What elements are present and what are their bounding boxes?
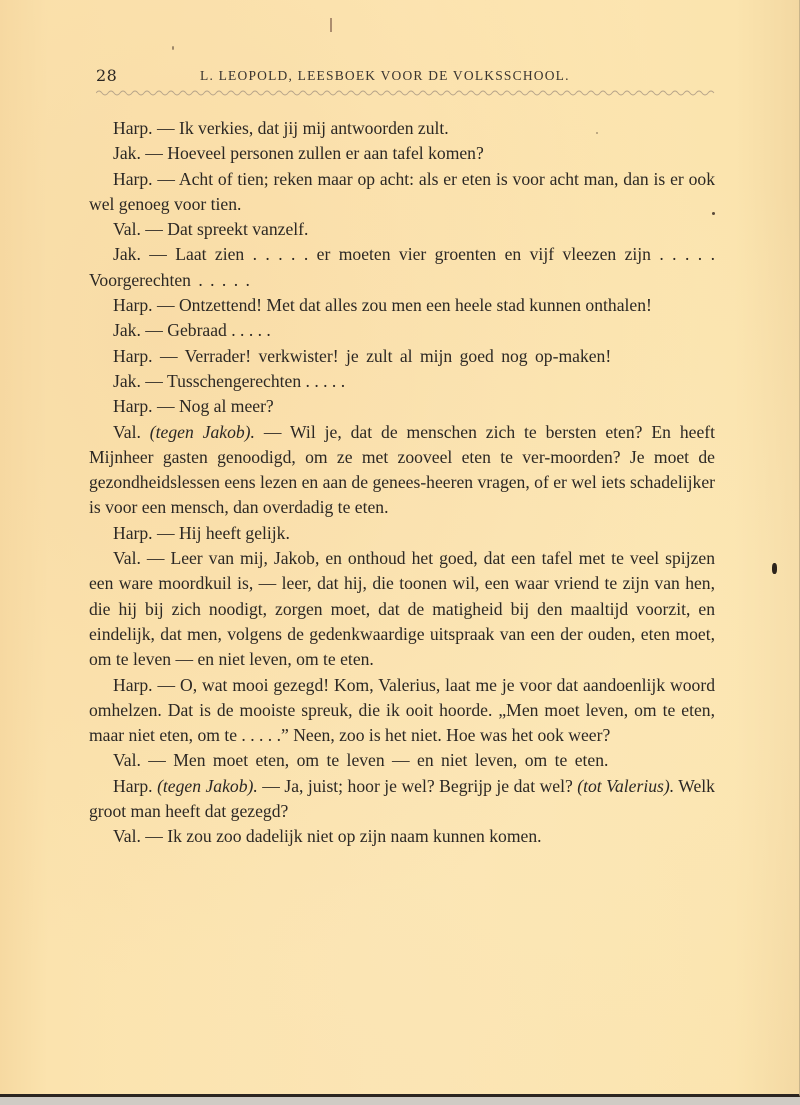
dialogue-line: Val. — Men moet eten, om te leven — en n…: [89, 748, 715, 773]
line-text: — Men moet eten, om te leven — en niet l…: [148, 750, 608, 770]
dialogue-line: Val. — Leer van mij, Jakob, en onthoud h…: [89, 546, 715, 672]
dialogue-line: Jak. — Laat zien . . . . . er moeten vie…: [89, 242, 715, 293]
dialogue-line: Harp. — O, wat mooi gezegd! Kom, Valeriu…: [89, 673, 715, 749]
line-text: — Gebraad . . . . .: [145, 320, 271, 340]
dialogue-line: Jak. — Gebraad . . . . .: [89, 318, 715, 343]
line-text: — Verrader! verkwister! je zult al mijn …: [160, 346, 611, 366]
speaker-name: Val.: [113, 422, 141, 442]
dialogue-text: Harp. — Ik verkies, dat jij mij antwoord…: [89, 116, 715, 850]
paper-speck: [712, 212, 715, 215]
speaker-name: Harp.: [113, 295, 153, 315]
dialogue-line: Val. — Ik zou zoo dadelijk niet op zijn …: [89, 824, 715, 849]
speaker-name: Val.: [113, 826, 141, 846]
speaker-name: Harp.: [113, 346, 153, 366]
dialogue-line: Val. (tegen Jakob). — Wil je, dat de men…: [89, 420, 715, 521]
line-text: — Ik zou zoo dadelijk niet op zijn naam …: [145, 826, 541, 846]
paper-blemish: [330, 18, 332, 32]
dialogue-line: Harp. — Nog al meer?: [89, 394, 715, 419]
line-text: — Hij heeft gelijk.: [157, 523, 290, 543]
speaker-name: Harp.: [113, 675, 153, 695]
stage-direction: (tot Valerius).: [577, 776, 674, 796]
line-text: — Ja, juist; hoor je wel? Begrijp je dat…: [262, 776, 573, 796]
speaker-name: Val.: [113, 750, 141, 770]
speaker-name: Val.: [113, 548, 141, 568]
speaker-name: Jak.: [113, 244, 141, 264]
dialogue-line: Harp. — Hij heeft gelijk.: [89, 521, 715, 546]
wavy-rule-divider: [96, 88, 716, 98]
speaker-name: Harp.: [113, 118, 153, 138]
stage-direction: (tegen Jakob).: [150, 422, 255, 442]
line-text: — Dat spreekt vanzelf.: [145, 219, 308, 239]
line-text: — Tusschengerechten . . . . .: [145, 371, 345, 391]
page-number: 28: [96, 66, 117, 85]
dialogue-line: Harp. — Ik verkies, dat jij mij antwoord…: [89, 116, 715, 141]
line-text: — Acht of tien; reken maar op acht: als …: [89, 169, 715, 214]
dialogue-line: Harp. — Verrader! verkwister! je zult al…: [89, 344, 715, 369]
speaker-name: Harp.: [113, 776, 153, 796]
line-text: — Ik verkies, dat jij mij antwoorden zul…: [157, 118, 449, 138]
line-text: — O, wat mooi gezegd! Kom, Valerius, laa…: [89, 675, 715, 746]
stage-direction: (tegen Jakob).: [157, 776, 258, 796]
dialogue-line: Jak. — Hoeveel personen zullen er aan ta…: [89, 141, 715, 166]
speaker-name: Harp.: [113, 169, 153, 189]
speaker-name: Jak.: [113, 143, 141, 163]
speaker-name: Val.: [113, 219, 141, 239]
line-text: — Leer van mij, Jakob, en onthoud het go…: [89, 548, 715, 669]
speaker-name: Harp.: [113, 523, 153, 543]
line-text: — Ontzettend! Met dat alles zou men een …: [157, 295, 652, 315]
dialogue-line: Jak. — Tusschengerechten . . . . .: [89, 369, 715, 394]
speaker-name: Jak.: [113, 320, 141, 340]
line-text: — Laat zien . . . . . er moeten vier gro…: [89, 244, 715, 289]
speaker-name: Jak.: [113, 371, 141, 391]
speaker-name: Harp.: [113, 396, 153, 416]
running-head: L. LEOPOLD, LEESBOEK VOOR DE VOLKSSCHOOL…: [200, 68, 570, 84]
dialogue-line: Val. — Dat spreekt vanzelf.: [89, 217, 715, 242]
line-text: — Nog al meer?: [157, 396, 274, 416]
paper-speck: [172, 46, 174, 50]
paper-speck: [596, 132, 598, 134]
scan-bottom-edge: [0, 1097, 800, 1105]
book-page: 28 L. LEOPOLD, LEESBOEK VOOR DE VOLKSSCH…: [0, 0, 800, 1097]
dialogue-line: Harp. (tegen Jakob). — Ja, juist; hoor j…: [89, 774, 715, 825]
ink-blot: [772, 563, 777, 574]
dialogue-line: Harp. — Ontzettend! Met dat alles zou me…: [89, 293, 715, 318]
dialogue-line: Harp. — Acht of tien; reken maar op acht…: [89, 167, 715, 218]
line-text: — Hoeveel personen zullen er aan tafel k…: [145, 143, 484, 163]
